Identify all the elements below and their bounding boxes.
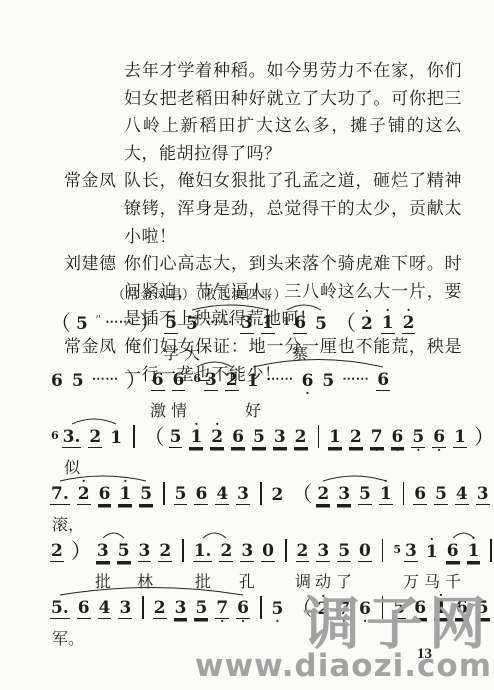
note: 5 [185,309,199,340]
barline [382,539,384,562]
grace-note: 6 [50,426,60,445]
parenthesis: （ [144,427,165,448]
parenthesis: （ [50,313,71,334]
barline [182,539,184,562]
parenthesis: ） [474,427,494,448]
note: 2 [88,422,102,454]
note: 2 [271,480,285,511]
notes-row: 6 3. 2 1 （ 5 ·1 ·2 6 5 3 2 1 2 7· 6· 5· … [50,418,470,454]
note: 3 [240,536,254,568]
note: 7· [215,593,229,625]
note: 5 [75,309,89,340]
note: ·2 [360,309,374,340]
note: 2 [349,422,363,454]
barline [133,425,135,448]
note: 6 [231,422,245,454]
barline [142,596,144,619]
note: 6 [50,366,64,397]
note: 6 [413,593,427,625]
score-page: 去年才学着种稻。如今男劳力不在家，你们妇女把老稻田种好就立了大功了。可你把三八岭… [0,0,494,690]
lyric: 军。 [52,626,84,649]
note: 6· [391,422,405,454]
notes-row: （ 5 ʺ⋯⋯） 5 5 ⋯⋯ 3 ·1 ·1 6 5 （·2 ·1 ·2 [50,304,470,340]
note: 6· [432,422,446,454]
parenthesis: ） [126,370,147,391]
note: 2 [50,536,64,568]
note: 5 [337,536,351,568]
note: 3. [62,422,82,454]
note: 6· [236,593,250,625]
note: 3 [404,536,418,568]
note: ·1 [425,537,439,568]
note: 4 [455,479,469,511]
note: 5 [476,593,490,625]
note: ·1 [189,422,203,454]
dialogue-text: 队长，俺妇女狠批了孔孟之道，砸烂了精神镣铐，浑身是劲，总觉得干的太少，贡献太小啦… [124,167,462,250]
note: 6· [301,366,315,397]
barline [163,482,165,505]
barline [403,482,405,505]
note: 1 [453,422,467,454]
note: 5 [392,593,406,625]
notation-line: 2 ） 3 5 3 2 1. 2 3 0 2 3 5 0 5 3 ·1 6 ·1… [50,532,470,589]
grace-note: 5 [392,540,402,559]
note: 5 [252,422,266,454]
barline [382,596,384,619]
singer-and-tune-header: （常金凤唱）（散起快四平） [112,284,470,303]
notation-lines: （ 5 ʺ⋯⋯） 5 5 ⋯⋯ 3 ·1 ·1 6 5 （·2 ·1 ·2 学大… [50,304,470,646]
note: 3 [204,365,218,397]
notes-row: 5. 6 4 3 2 3 5 7· 6· 5·（·2 7· 6· 5 6 ·1 … [50,589,470,625]
note: 2 [316,479,330,511]
notation-line: 5. 6 4 3 2 3 5 7· 6· 5·（·2 7· 6· 5 6 ·1 … [50,589,470,646]
note: 5 [139,479,153,511]
note: ·1 [381,308,395,340]
note: 5 [194,593,208,625]
note: 5 [358,479,372,511]
note: 6 [151,365,165,397]
note: 5 [321,366,335,397]
parenthesis: ） [71,541,92,562]
note: ·2 [77,479,91,511]
parenthesis: （ [291,484,312,505]
notation-section: （常金凤唱）（散起快四平） （ 5 ʺ⋯⋯） 5 5 ⋯⋯ 3 ·1 ·1 6 … [50,284,470,646]
note: 6 [98,479,112,511]
dialogue-text: 去年才学着种稻。如今男劳力不在家，你们妇女把老稻田种好就立了大功了。可你把三八岭… [124,57,462,167]
note: 3 [174,593,188,625]
dialogue-row: 常金凤队长，俺妇女狠批了孔孟之道，砸烂了精神镣铐，浑身是劲，总觉得干的太少，贡献… [64,167,462,250]
parenthesis: （ [291,598,312,619]
speaker-name: 常金凤 [64,167,124,250]
barline [285,539,287,562]
notes-row: 7. ·2 6 ·1 5 5 6 4 3 2 （ 2 3 5 ·1 6 5 4 … [50,475,470,511]
page-number: 13 [417,646,432,663]
notation-line: 6 5 ⋯⋯） 6 6 6 3 2 1 ⋯⋯ 6· 5 ⋯⋯ 6 激情好 [50,361,470,418]
barline [318,425,320,448]
note: 6 [172,365,186,397]
note: 2 [225,365,239,397]
note: 0 [358,536,372,568]
dialogue-row: 去年才学着种稻。如今男劳力不在家，你们妇女把老稻田种好就立了大功了。可你把三八岭… [64,57,462,167]
barline [260,596,262,619]
note: ·2 [402,308,416,340]
grace-note: ·1 [282,312,292,331]
note: 5 [117,536,131,568]
note: 5. [50,593,70,625]
note: 1 [328,422,342,454]
continuation-dots: ⋯⋯ [105,314,132,330]
note: 3 [316,536,330,568]
note: ·1 [261,308,275,340]
note: ·1 [434,593,448,625]
parenthesis: （ [335,313,356,334]
notation-line: 7. ·2 6 ·1 5 5 6 4 3 2 （ 2 3 5 ·1 6 5 4 … [50,475,470,532]
watermark-site-url: www.diaozi.com [195,650,492,682]
note: 3 [96,536,110,568]
note: 4 [215,479,229,511]
note: 6 [376,365,390,397]
note: 3 [337,479,351,511]
grace-note: 6 [192,369,202,388]
note: 5 [169,422,183,454]
note: 2 [153,593,167,625]
notation-line: 6 3. 2 1 （ 5 ·1 ·2 6 5 3 2 1 2 7· 6· 5· … [50,418,470,475]
note: 3 [476,479,490,511]
note: 1 [109,423,123,454]
note: 5 [434,479,448,511]
continuation-dots: ⋯⋯ [267,371,294,387]
note: 6 [194,479,208,511]
parenthesis: ） [139,313,160,334]
speaker-name [64,57,124,167]
continuation-dots: ⋯⋯ [342,371,369,387]
note: ·2 [210,422,224,454]
note: 1 [246,366,260,397]
note: 2 [219,536,233,568]
notes-row: 6 5 ⋯⋯） 6 6 6 3 2 1 ⋯⋯ 6· 5 ⋯⋯ 6 [50,361,470,397]
note: 3 [236,479,250,511]
note: 0 [261,536,275,568]
note: 2 [158,536,172,568]
barline [260,482,262,505]
notes-row: 2 ） 3 5 3 2 1. 2 3 0 2 3 5 0 5 3 ·1 6 ·1 [50,532,470,568]
barline [490,539,492,562]
note: 6 [455,593,469,625]
note: ·1 [118,479,132,511]
note: 5· [411,422,425,454]
continuation-dots: ⋯⋯ [206,314,233,330]
note: 5 [164,308,178,340]
note: 3 [240,308,254,340]
continuation-dots: ⋯⋯ [92,371,119,387]
note: 3 [118,593,132,625]
note: 6 [413,479,427,511]
note: 5· [271,594,285,625]
note: ·1 [467,536,481,568]
note: 1. [193,536,213,568]
note: 4 [98,593,112,625]
note: 7. [50,479,70,511]
note: 7· [370,422,384,454]
note: 3 [273,422,287,454]
note: ·2 [316,594,330,625]
note: 2 [296,536,310,568]
note: 6 [293,308,307,340]
note: 6 [446,536,460,568]
note: 2 [294,422,308,454]
note: 3 [138,536,152,568]
notation-line: （ 5 ʺ⋯⋯） 5 5 ⋯⋯ 3 ·1 ·1 6 5 （·2 ·1 ·2 学大… [50,304,470,361]
note: 5 [314,309,328,340]
note: ·1 [379,479,393,511]
note: 6 [77,593,91,625]
note: 6· [358,594,372,625]
tremolo-mark: ʺ [96,312,100,327]
note: 5 [71,366,85,397]
note: 5 [174,479,188,511]
note: 7· [337,594,351,625]
